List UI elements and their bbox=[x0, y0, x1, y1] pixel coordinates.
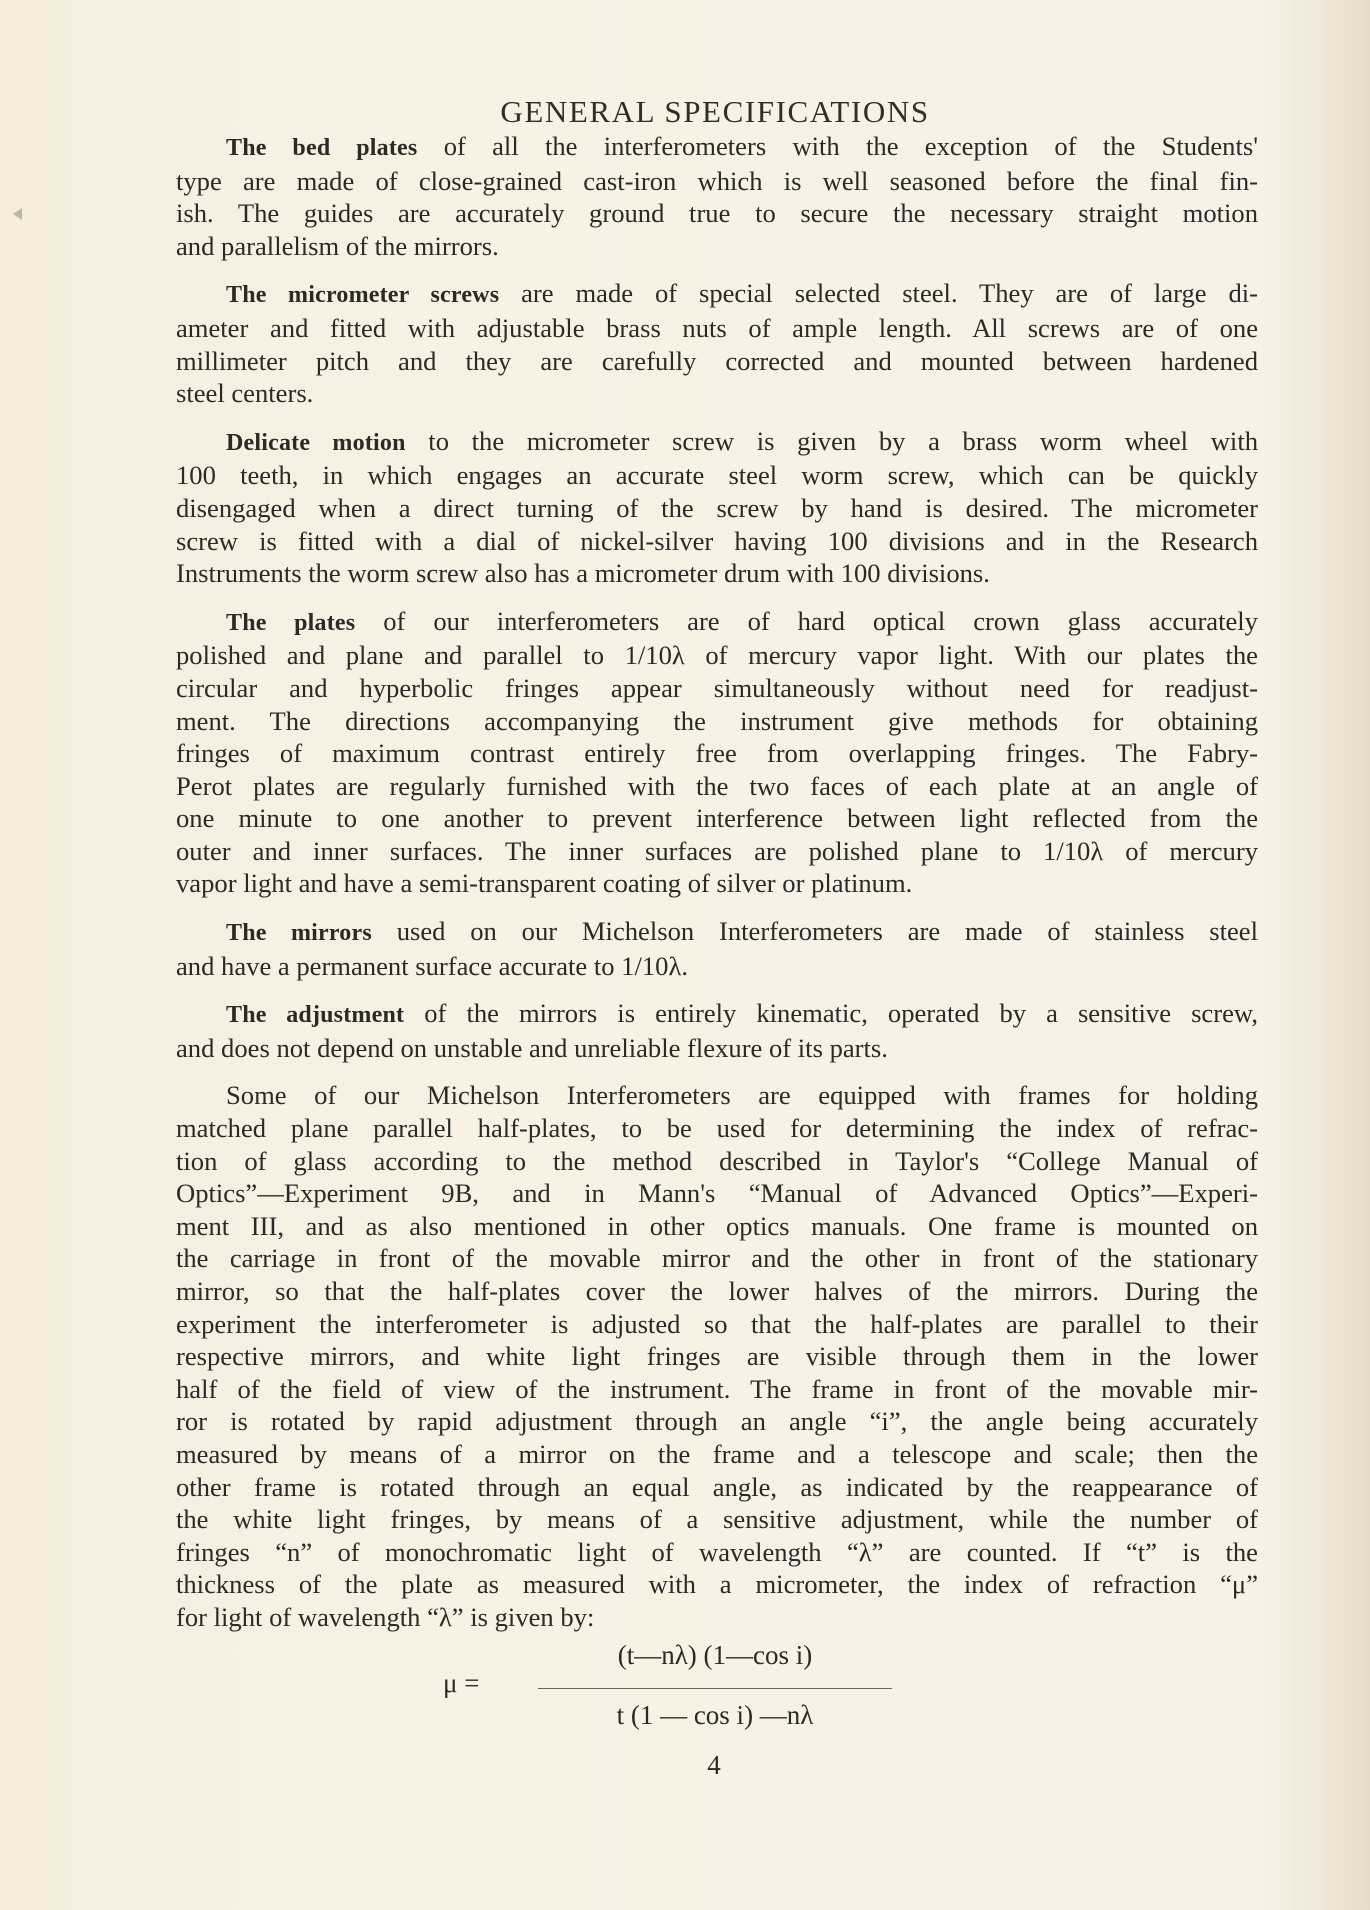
paragraph-adjustment: The adjustment of the mirrors is entirel… bbox=[176, 997, 1258, 1064]
text-line: half of the field of view of the instrum… bbox=[176, 1373, 1258, 1406]
paragraph-delicate-motion: Delicate motion to the micrometer screw … bbox=[176, 425, 1258, 590]
text-line: ment III, and as also mentioned in other… bbox=[176, 1210, 1258, 1243]
body-text: The bed plates of all the interferometer… bbox=[176, 130, 1258, 1649]
text-line: The bed plates of all the interferometer… bbox=[176, 130, 1258, 165]
paragraph-bed-plates: The bed plates of all the interferometer… bbox=[176, 130, 1258, 262]
paragraph-lead: The micrometer screws bbox=[226, 282, 499, 308]
text-line: tion of glass according to the method de… bbox=[176, 1145, 1258, 1178]
text-line: The plates of our interferometers are of… bbox=[176, 605, 1258, 640]
text-line: one minute to one another to prevent int… bbox=[176, 802, 1258, 835]
text-line: and does not depend on unstable and unre… bbox=[176, 1032, 1258, 1065]
text-line: for light of wavelength “λ” is given by: bbox=[176, 1601, 1258, 1634]
text-line: ish. The guides are accurately ground tr… bbox=[176, 197, 1258, 230]
text-line: outer and inner surfaces. The inner surf… bbox=[176, 835, 1258, 868]
text-line: screw is fitted with a dial of nickel-si… bbox=[176, 525, 1258, 558]
formula-denominator: t (1 — cos i) —nλ bbox=[538, 1700, 892, 1731]
text-line: fringes of maximum contrast entirely fre… bbox=[176, 737, 1258, 770]
text-line: The adjustment of the mirrors is entirel… bbox=[176, 997, 1258, 1032]
text-line: measured by means of a mirror on the fra… bbox=[176, 1438, 1258, 1471]
fraction-bar bbox=[538, 1688, 892, 1689]
text-line: fringes “n” of monochromatic light of wa… bbox=[176, 1536, 1258, 1569]
paragraph-lead: Delicate motion bbox=[226, 430, 406, 456]
text-line: Optics”—Experiment 9B, and in Mann's “Ma… bbox=[176, 1177, 1258, 1210]
text-line: thickness of the plate as measured with … bbox=[176, 1568, 1258, 1601]
margin-arrow-mark bbox=[13, 208, 22, 220]
text-line: type are made of close-grained cast-iron… bbox=[176, 165, 1258, 198]
paragraph-mirrors: The mirrors used on our Michelson Interf… bbox=[176, 915, 1258, 982]
page-number: 4 bbox=[0, 1750, 1370, 1781]
text-line: and have a permanent surface accurate to… bbox=[176, 950, 1258, 983]
text-line: respective mirrors, and white light frin… bbox=[176, 1340, 1258, 1373]
text-line: 100 teeth, in which engages an accurate … bbox=[176, 459, 1258, 492]
paragraph-lead: The mirrors bbox=[226, 920, 372, 946]
paragraph-micrometer-screws: The micrometer screws are made of specia… bbox=[176, 277, 1258, 409]
text-line: circular and hyperbolic fringes appear s… bbox=[176, 672, 1258, 705]
paragraph-lead: The adjustment bbox=[226, 1002, 404, 1028]
text-line: Instruments the worm screw also has a mi… bbox=[176, 557, 1258, 590]
text-line: the carriage in front of the movable mir… bbox=[176, 1242, 1258, 1275]
paragraph-lead: The plates bbox=[226, 610, 355, 636]
formula-lhs: μ = bbox=[443, 1668, 479, 1699]
text-line: vapor light and have a semi-transparent … bbox=[176, 867, 1258, 900]
page-title: GENERAL SPECIFICATIONS bbox=[0, 94, 1370, 130]
paragraph-lead: The bed plates bbox=[226, 135, 417, 161]
text-line: millimeter pitch and they are carefully … bbox=[176, 345, 1258, 378]
text-line: polished and plane and parallel to 1/10λ… bbox=[176, 639, 1258, 672]
text-line: Perot plates are regularly furnished wit… bbox=[176, 770, 1258, 803]
document-page: GENERAL SPECIFICATIONS The bed plates of… bbox=[0, 0, 1370, 1910]
text-line: The mirrors used on our Michelson Interf… bbox=[176, 915, 1258, 950]
paragraph-half-plates: Some of our Michelson Interferometers ar… bbox=[176, 1079, 1258, 1633]
text-line: and parallelism of the mirrors. bbox=[176, 230, 1258, 263]
text-line: matched plane parallel half-plates, to b… bbox=[176, 1112, 1258, 1145]
text-line: Delicate motion to the micrometer screw … bbox=[176, 425, 1258, 460]
text-line: steel centers. bbox=[176, 377, 1258, 410]
text-line: the white light fringes, by means of a s… bbox=[176, 1503, 1258, 1536]
text-line: ameter and fitted with adjustable brass … bbox=[176, 312, 1258, 345]
text-line: experiment the interferometer is adjuste… bbox=[176, 1308, 1258, 1341]
text-line: mirror, so that the half-plates cover th… bbox=[176, 1275, 1258, 1308]
text-line: ment. The directions accompanying the in… bbox=[176, 705, 1258, 738]
text-line: disengaged when a direct turning of the … bbox=[176, 492, 1258, 525]
text-line: other frame is rotated through an equal … bbox=[176, 1471, 1258, 1504]
text-line: The micrometer screws are made of specia… bbox=[176, 277, 1258, 312]
paragraph-plates: The plates of our interferometers are of… bbox=[176, 605, 1258, 900]
text-line: Some of our Michelson Interferometers ar… bbox=[176, 1079, 1258, 1112]
text-line: ror is rotated by rapid adjustment throu… bbox=[176, 1405, 1258, 1438]
